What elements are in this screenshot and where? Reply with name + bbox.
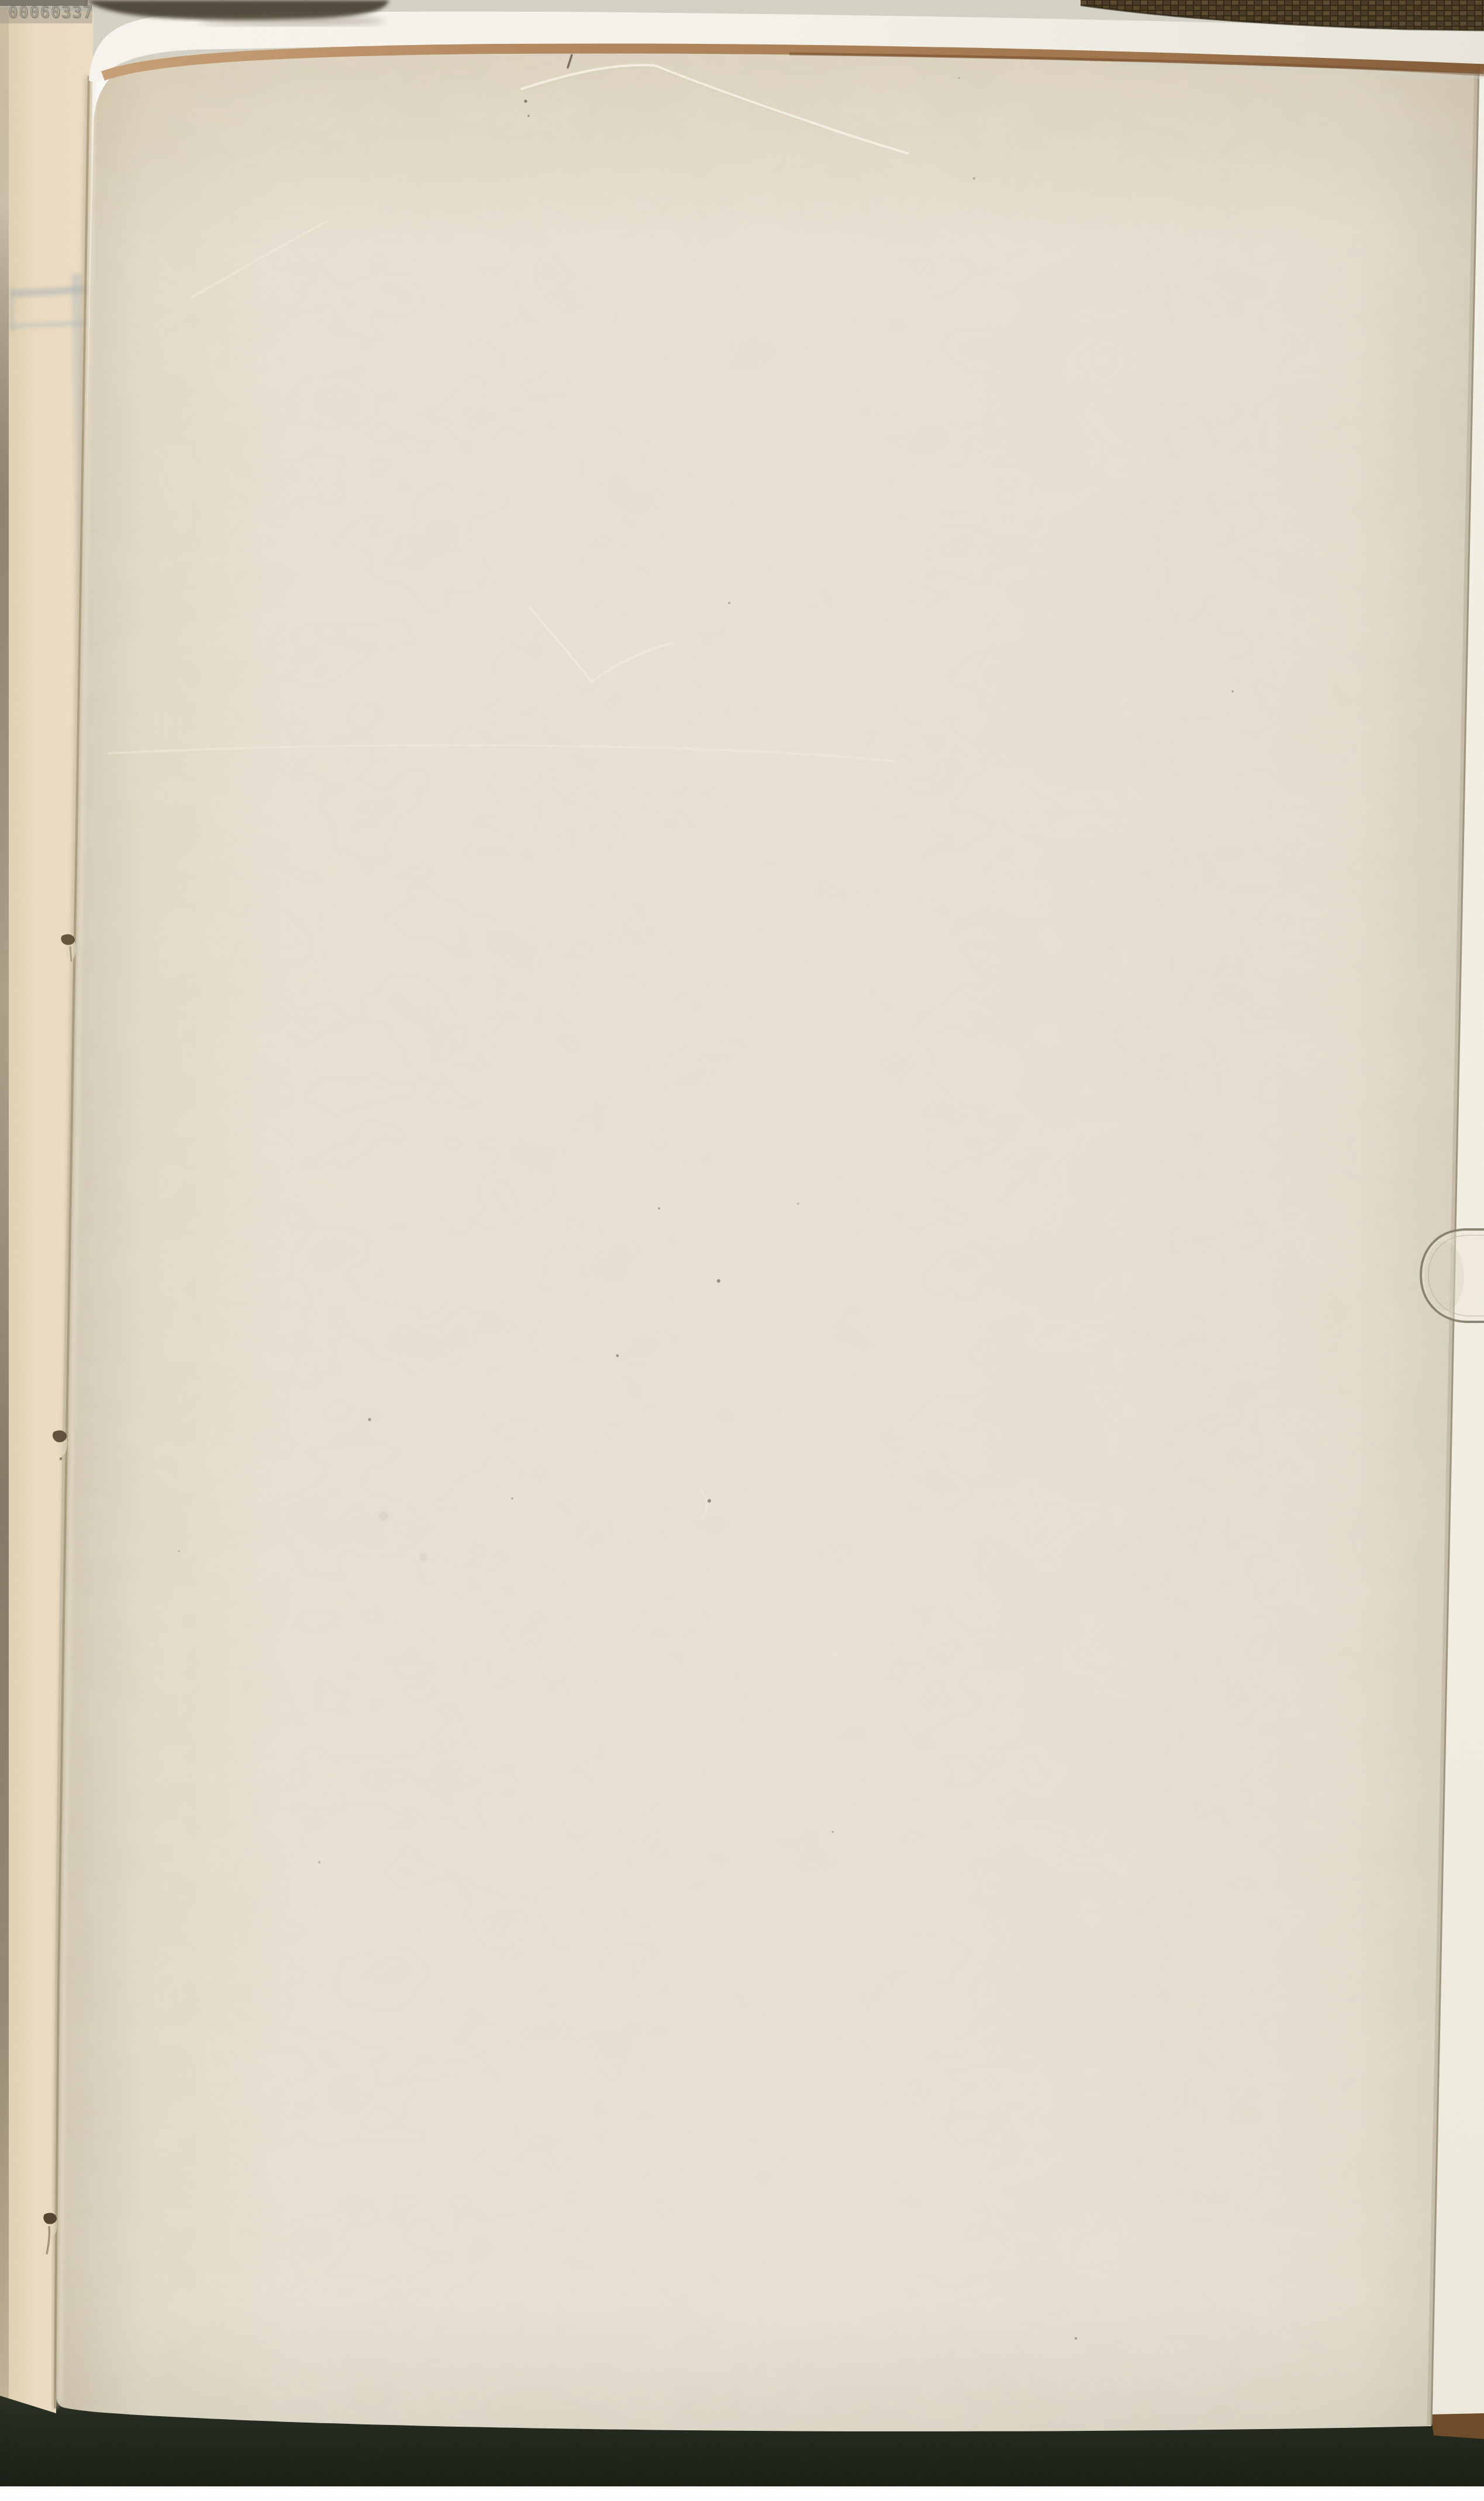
scan-watermark: 00060337 00060337 (0, 0, 95, 23)
scan-canvas: 00060337 00060337 (0, 0, 1484, 2501)
film-grain (0, 0, 1484, 2487)
scanner-margin (0, 2486, 1484, 2501)
watermark-text: 00060337 (8, 4, 94, 22)
book-scan: 00060337 00060337 (0, 0, 1484, 2501)
